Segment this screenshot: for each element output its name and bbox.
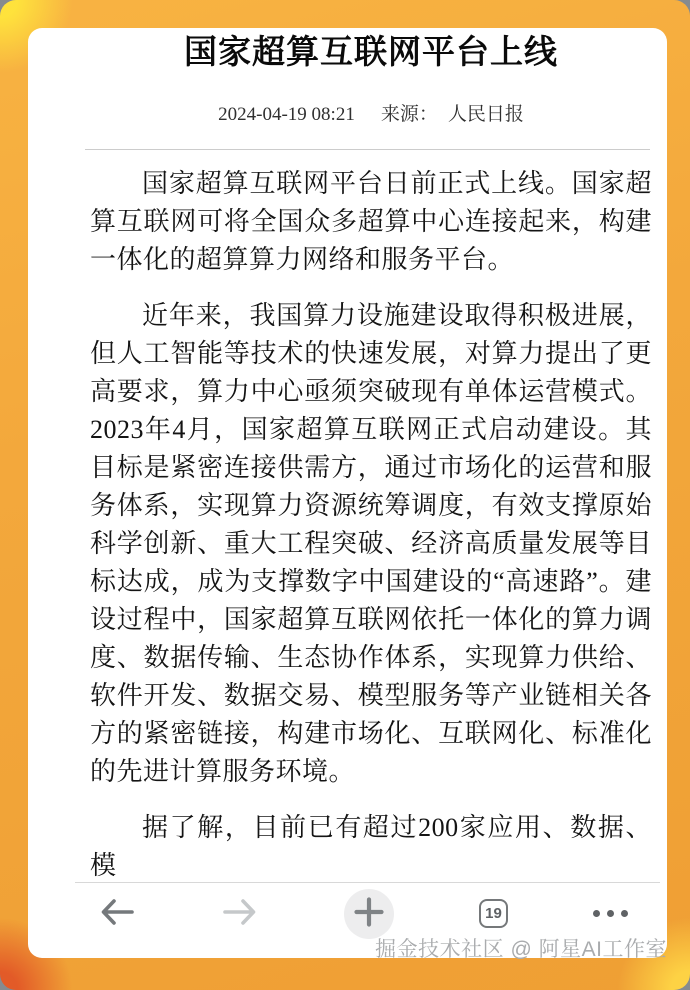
meta-source: 人民日报 <box>448 102 524 128</box>
title-divider <box>85 149 650 150</box>
plus-icon <box>354 897 384 930</box>
article-meta: 2024-04-19 08:21 来源： 人民日报 <box>90 102 652 128</box>
tab-count-badge: 19 <box>479 899 508 928</box>
forward-button[interactable] <box>221 897 259 930</box>
back-arrow-icon <box>98 897 136 930</box>
article: 国家超算互联网平台上线 2024-04-19 08:21 来源： 人民日报 国家… <box>28 28 667 882</box>
more-button[interactable] <box>593 910 628 917</box>
plus-circle <box>344 889 394 939</box>
orange-frame: 国家超算互联网平台上线 2024-04-19 08:21 来源： 人民日报 国家… <box>0 0 690 990</box>
meta-source-label: 来源： <box>381 102 438 128</box>
new-tab-button[interactable] <box>344 889 394 939</box>
content-card: 国家超算互联网平台上线 2024-04-19 08:21 来源： 人民日报 国家… <box>28 28 667 958</box>
article-paragraph: 据了解，目前已有超过200家应用、数据、模 <box>90 809 652 882</box>
article-paragraph: 近年来，我国算力设施建设取得积极进展，但人工智能等技术的快速发展，对算力提出了更… <box>90 297 652 791</box>
browser-toolbar: 19 <box>28 883 667 958</box>
page-title: 国家超算互联网平台上线 <box>90 32 652 72</box>
meta-datetime: 2024-04-19 08:21 <box>218 102 355 128</box>
tabs-button[interactable]: 19 <box>479 899 508 928</box>
ellipsis-icon <box>593 910 628 917</box>
forward-arrow-icon <box>221 897 259 930</box>
article-paragraph: 国家超算互联网平台日前正式上线。国家超算互联网可将全国众多超算中心连接起来，构建… <box>90 165 652 279</box>
back-button[interactable] <box>98 897 136 930</box>
